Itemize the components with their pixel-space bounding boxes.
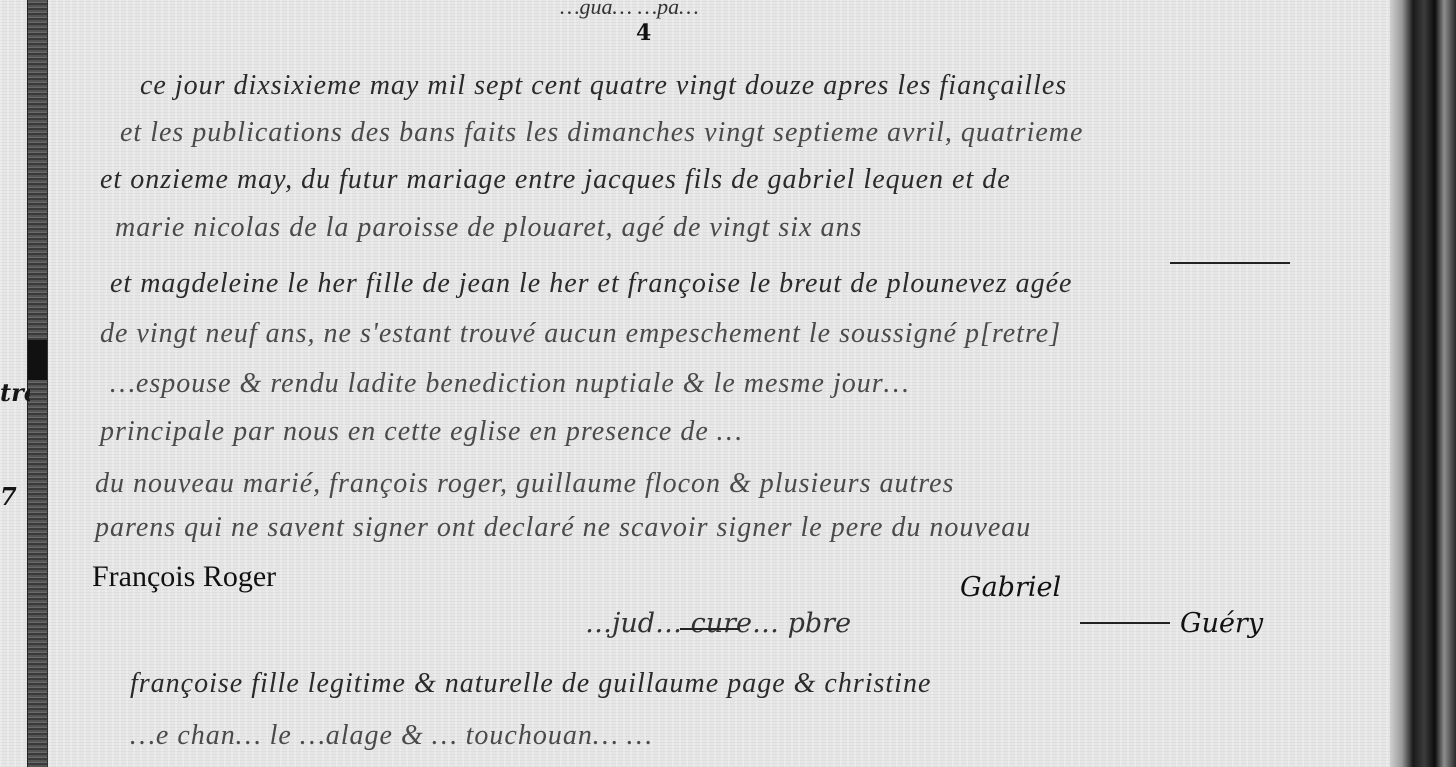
signature-francois-roger: François Roger	[92, 560, 276, 594]
register-line: …espouse & rendu ladite benediction nupt…	[110, 368, 910, 400]
signature-gabriel: Gabriel	[960, 572, 1061, 603]
right-page-edge	[1390, 0, 1456, 767]
register-line: de vingt neuf ans, ne s'estant trouvé au…	[100, 318, 1061, 350]
next-entry-line: françoise fille legitime & naturelle de …	[130, 668, 931, 700]
signature-flourish	[1080, 622, 1170, 624]
left-margin-fragment: tre	[0, 378, 30, 407]
register-line: marie nicolas de la paroisse de plouaret…	[115, 212, 862, 244]
line-filler-dash	[1170, 262, 1290, 264]
register-line: principale par nous en cette eglise en p…	[100, 416, 743, 448]
register-line: et onzieme may, du futur mariage entre j…	[100, 164, 1011, 196]
signature-guery: Guéry	[1180, 608, 1263, 639]
next-entry-line: …e chan… le …alage & … touchouan… …	[130, 720, 653, 752]
top-fragment: …gua… …pa…	[560, 0, 699, 20]
signature-rector: …jud… cure… pbre	[585, 608, 851, 639]
left-margin-fragment: 7	[0, 482, 30, 511]
register-line: parens qui ne savent signer ont declaré …	[95, 512, 1031, 544]
register-line: du nouveau marié, françois roger, guilla…	[95, 468, 954, 500]
left-binding-gutter	[27, 0, 48, 767]
register-line: et les publications des bans faits les d…	[120, 117, 1083, 149]
signature-flourish	[680, 628, 740, 630]
register-line: ce jour dixsixieme may mil sept cent qua…	[140, 70, 1067, 102]
register-line: et magdeleine le her fille de jean le he…	[110, 268, 1072, 300]
page-marker: 4	[636, 20, 651, 46]
scanned-register-page: tre 7 …gua… …pa… 4 ce jour dixsixieme ma…	[0, 0, 1456, 767]
